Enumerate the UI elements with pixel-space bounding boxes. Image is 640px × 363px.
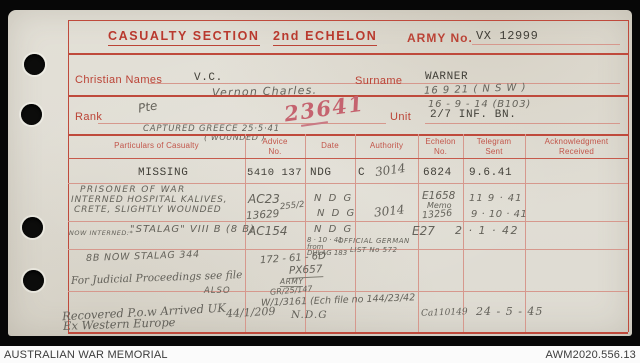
row1-echelon-no: 6824 [423, 167, 452, 179]
table-header-bottom-line [68, 158, 628, 159]
row1-telegram-sent: 9.6.41 [469, 167, 512, 179]
christian-names-handwritten: Vernon Charles. [212, 84, 318, 100]
surname-label: Surname [355, 75, 402, 87]
row2-date-1: N D G [314, 193, 353, 204]
army-no-value: VX 12999 [476, 29, 538, 43]
punch-hole-2 [21, 104, 42, 125]
row3-particulars-name: "STALAG" VIII B (8 B) [130, 224, 255, 235]
row2-particulars-line1: PRISONER OF WAR [80, 185, 186, 195]
unit-rule [425, 123, 620, 124]
row5-advice-no: 44/1/209 [226, 305, 276, 321]
row2-date-2: N D G [317, 208, 356, 219]
row-rule-4 [68, 291, 628, 292]
row3-echelon-no: E27 [412, 224, 435, 238]
judicial-note-also: ALSO [204, 286, 231, 296]
row5-date: N.D.G [291, 309, 328, 321]
row3-telegram-sent: 2 · 1 · 42 [455, 224, 519, 237]
unit-value: 2/7 INF. BN. [430, 109, 516, 121]
row2-particulars-line3: CRETE, SLIGHTLY WOUNDED [74, 205, 222, 215]
col-header-echelon: Echelon No. [418, 137, 463, 158]
scanned-casualty-card-photo: CASUALTY SECTION 2nd ECHELON ARMY No. VX… [0, 0, 640, 363]
col-header-authority: Authority [355, 141, 418, 151]
row1-date: NDG [310, 167, 332, 179]
row3-advice-no: AC154 [248, 224, 288, 238]
col-header-particulars: Particulars of Casualty [68, 141, 245, 151]
frame-left-line [68, 20, 69, 332]
row2-particulars-line2: INTERNED HOSPITAL KALIVES, [71, 195, 227, 205]
army-no-label: ARMY No. [407, 31, 473, 45]
row2-telegram-2: 9 · 10 · 41 [471, 209, 527, 220]
table-bottom-line [68, 332, 628, 334]
row1-authority-handwritten: 3014 [374, 161, 406, 179]
row3-particulars-prefix: NOW INTERNED:* [69, 229, 133, 237]
row1-advice-no: 5410 137 [247, 167, 302, 179]
punch-hole-3 [22, 217, 43, 238]
card-title: CASUALTY SECTION [108, 29, 260, 46]
archive-caption-strip: AUSTRALIAN WAR MEMORIAL AWM2020.556.13 [0, 346, 640, 363]
row3-authority-2: LIST No 572 [350, 246, 398, 254]
row1-particulars: MISSING [138, 167, 188, 179]
christian-names-label: Christian Names [75, 74, 162, 86]
frame-top-line [68, 20, 628, 21]
rank-separator-line [68, 134, 628, 136]
col-header-advice: Advice No. [245, 137, 305, 158]
judicial-note-line1: For Judicial Proceedings see file [71, 269, 243, 287]
row2-authority: 3014 [373, 202, 405, 219]
judicial-advice-gr: GR/25/147 [270, 284, 313, 297]
col-header-ack: Acknowledgment Received [525, 137, 628, 158]
col-header-telegram: Telegram Sent [463, 137, 525, 158]
row2-echelon-3: 13256 [422, 208, 453, 222]
header-separator-line [68, 53, 628, 55]
col-line-ack [525, 134, 526, 332]
archive-accession-number: AWM2020.556.13 [546, 349, 636, 361]
row5-particulars-line2: Ex Western Europe [63, 315, 176, 333]
frame-right-line [628, 20, 629, 332]
casualty-card: CASUALTY SECTION 2nd ECHELON ARMY No. VX… [8, 10, 632, 336]
punch-hole-4 [23, 270, 44, 291]
unit-label: Unit [390, 111, 411, 123]
row2-advice-no-2-superscript: 255/2 [280, 200, 305, 213]
row3-authority-1: OFFICIAL GERMAN [338, 237, 410, 245]
army-no-rule [472, 44, 620, 45]
row1-authority-typed: C [358, 167, 365, 179]
rank-label: Rank [75, 111, 102, 123]
row2-advice-no-1: AC23 [248, 192, 280, 206]
row-rule-1 [68, 183, 628, 184]
row4-particulars: 8B NOW STALAG 344 [86, 249, 200, 264]
archive-institution-label: AUSTRALIAN WAR MEMORIAL [4, 349, 168, 361]
punch-hole-1 [24, 54, 45, 75]
row3-date-1: N D G [314, 224, 353, 235]
row-rule-2 [68, 221, 628, 222]
row2-advice-no-2: 13629 [246, 208, 280, 222]
row2-telegram-1: 11 9 · 41 [469, 193, 523, 204]
rank-handwritten: Pte [137, 98, 158, 115]
row5-echelon-no: Ca110149 [421, 307, 468, 319]
row5-telegram-sent: 24 - 5 - 45 [476, 305, 543, 318]
echelon-title: 2nd ECHELON [273, 29, 377, 46]
surname-typed: WARNER [425, 71, 468, 83]
col-header-date: Date [305, 141, 355, 151]
